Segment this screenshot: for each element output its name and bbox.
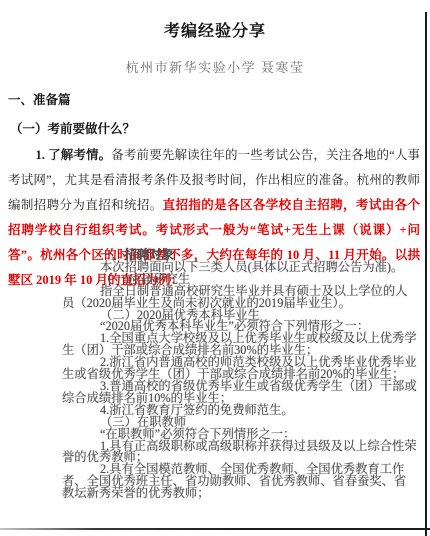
document-title: 考编经验分享 [0,18,430,41]
subsection-heading-before-exam: （一）考前要做什么？ [10,119,430,137]
page-border-bottom-line [0,528,430,530]
notice-paragraph: 2.浙江省内普通高校的师范类校级及以上优秀毕业优秀毕业生或省级优秀学生（团）干部… [62,357,418,381]
notice-paragraph: 3.普通高校的省级优秀毕业生或省级优秀学生（团）干部或综合成绩排名前10%的毕业… [62,381,418,405]
document-byline: 杭州市新华实验小学 聂寒莹 [0,57,430,76]
paragraph-lead-bold: 1. 了解考情。 [36,148,112,162]
embedded-recruitment-notice: 一、招聘对象 本次招聘面向以下三类人员(具体以正式招聘公告为准)。 （一)应届研… [62,250,418,500]
page-border-right-line [425,12,427,536]
section-heading-preparation: 一、准备篇 [8,90,430,108]
notice-paragraph: 1.全国重点大学校级及以上优秀毕业生或校级及以上优秀学生（团）干部或综合成绩排名… [62,333,418,357]
document-page: 考编经验分享 杭州市新华实验小学 聂寒莹 一、准备篇 （一）考前要做什么？ 1.… [0,0,430,536]
notice-paragraph: 指全日制普通高校研究生毕业并具有硕士及以上学位的人员（2020届毕业生及尚未初次… [62,286,418,310]
notice-paragraph: 1.具有正高级职称或高级职称并获得过县级及以上综合性荣誉的优秀教师； [62,441,418,465]
notice-paragraph: 2.具有全国模范教师、全国优秀教师、全国优秀教育工作者、全国优秀班主任、省功勋教… [62,464,418,500]
